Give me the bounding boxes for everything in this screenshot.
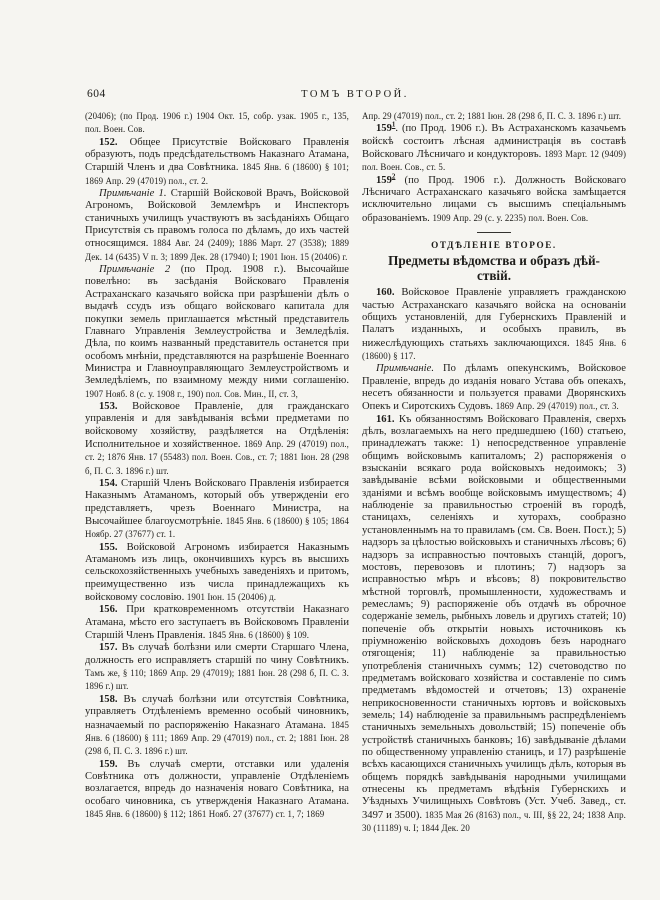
note-label: Примѣчаніе 2 <box>99 264 170 275</box>
paragraph-number: 159 <box>376 123 392 134</box>
text-run: Въ случаѣ болѣзни или отсутствія Совѣтни… <box>85 694 349 731</box>
citation-run: 1901 Іюн. 15 (20406) д. <box>187 592 276 602</box>
paragraph: 159. Въ случаѣ смерти, отставки или удал… <box>85 759 349 822</box>
paragraph: 155. Войсковой Агрономъ избирается Наказ… <box>85 542 349 605</box>
citation-run: 1845 Янв. 6 (18600) § 112; 1861 Нояб. 27… <box>85 809 324 819</box>
scanned-book-page: 604 ТОМЪ ВТОРОЙ. (20406); (по Прод. 1906… <box>0 0 660 900</box>
paragraph-number: 160. <box>376 287 395 298</box>
paragraph: Примѣчаніе 1. Старшій Войсковой Врачъ, В… <box>85 188 349 264</box>
section-title: ОТДѢЛЕНІЕ ВТОРОЕ. <box>362 239 626 251</box>
paragraph-number: 159 <box>376 175 392 186</box>
paragraph: (20406); (по Прод. 1906 г.) 1904 Окт. 15… <box>85 110 349 137</box>
paragraph: 158. Въ случаѣ болѣзни или отсутствія Со… <box>85 694 349 759</box>
text-run: Къ обязанностямъ Войсковаго Правленія, с… <box>362 414 626 821</box>
right-column: Апр. 29 (47019) пол., ст. 2; 1881 Іюн. 2… <box>362 110 626 835</box>
citation-run: 1845 Янв. 6 (18600) § 109. <box>208 630 309 640</box>
paragraph: 154. Старшій Членъ Войсковаго Правленія … <box>85 478 349 542</box>
paragraph: 152. Общее Присутствіе Войсковаго Правле… <box>85 137 349 188</box>
text-run: Въ случаѣ болѣзни или смерти Старшаго Чл… <box>85 642 349 665</box>
paragraph: 1592 (по Прод. 1906 г.). Должность Войск… <box>362 175 626 225</box>
volume-title: ТОМЪ ВТОРОЙ. <box>85 89 625 100</box>
paragraph: Примѣчаніе. По дѣламъ опекунскимъ, Войск… <box>362 363 626 413</box>
paragraph: 156. При кратковременномъ отсутствіи Нак… <box>85 604 349 642</box>
paragraph-number: 156. <box>99 604 118 615</box>
paragraph: 153. Войсковое Правленіе, для гражданска… <box>85 401 349 478</box>
section-divider <box>477 232 511 233</box>
citation-run: 1907 Нояб. 8 (с. у. 1908 г., 190) пол. С… <box>85 389 298 399</box>
paragraph: 1591. (по Прод. 1906 г.). Въ Астраханско… <box>362 123 626 174</box>
citation-run: 1909 Апр. 29 (с. у. 2235) пол. Воен. Сов… <box>432 213 588 223</box>
paragraph-number: 157. <box>99 642 118 653</box>
paragraph-number: 158. <box>99 694 118 705</box>
paragraph-number: 161. <box>376 414 395 425</box>
text-run: Въ случаѣ смерти, отставки или удаленія … <box>85 759 349 807</box>
paragraph-number: 155. <box>99 542 118 553</box>
citation-run: 1869 Апр. 29 (47019) пол., ст. 3. <box>496 401 619 411</box>
paragraph: 160. Войсковое Правленіе управляетъ граж… <box>362 287 626 363</box>
paragraph-number: 153. <box>99 401 118 412</box>
note-label: Примѣчаніе 1. <box>99 188 167 199</box>
paragraph: 161. Къ обязанностямъ Войсковаго Правлен… <box>362 414 626 836</box>
citation-run: (20406); (по Прод. 1906 г.) 1904 Окт. 15… <box>85 111 349 134</box>
paragraph: 157. Въ случаѣ болѣзни или смерти Старша… <box>85 642 349 693</box>
citation-run: Апр. 29 (47019) пол., ст. 2; 1881 Іюн. 2… <box>362 111 621 121</box>
paragraph-number: 159. <box>99 759 118 770</box>
text-run: (по Прод. 1908 г.). Высочайше повелѣно: … <box>85 264 349 386</box>
text-columns: (20406); (по Прод. 1906 г.) 1904 Окт. 15… <box>85 110 626 835</box>
section-heading: Предметы вѣдомства и образъ дѣй-ствій. <box>362 254 626 283</box>
left-column: (20406); (по Прод. 1906 г.) 1904 Окт. 15… <box>85 110 349 835</box>
page-header: 604 ТОМЪ ВТОРОЙ. <box>85 88 625 104</box>
paragraph: Примѣчаніе 2 (по Прод. 1908 г.). Высочай… <box>85 264 349 401</box>
citation-run: Тамъ же, § 110; 1869 Апр. 29 (47019); 18… <box>85 668 349 691</box>
paragraph-number: 154. <box>99 478 118 489</box>
paragraph: Апр. 29 (47019) пол., ст. 2; 1881 Іюн. 2… <box>362 110 626 123</box>
note-label: Примѣчаніе. <box>376 363 434 374</box>
paragraph-number: 152. <box>99 137 118 148</box>
